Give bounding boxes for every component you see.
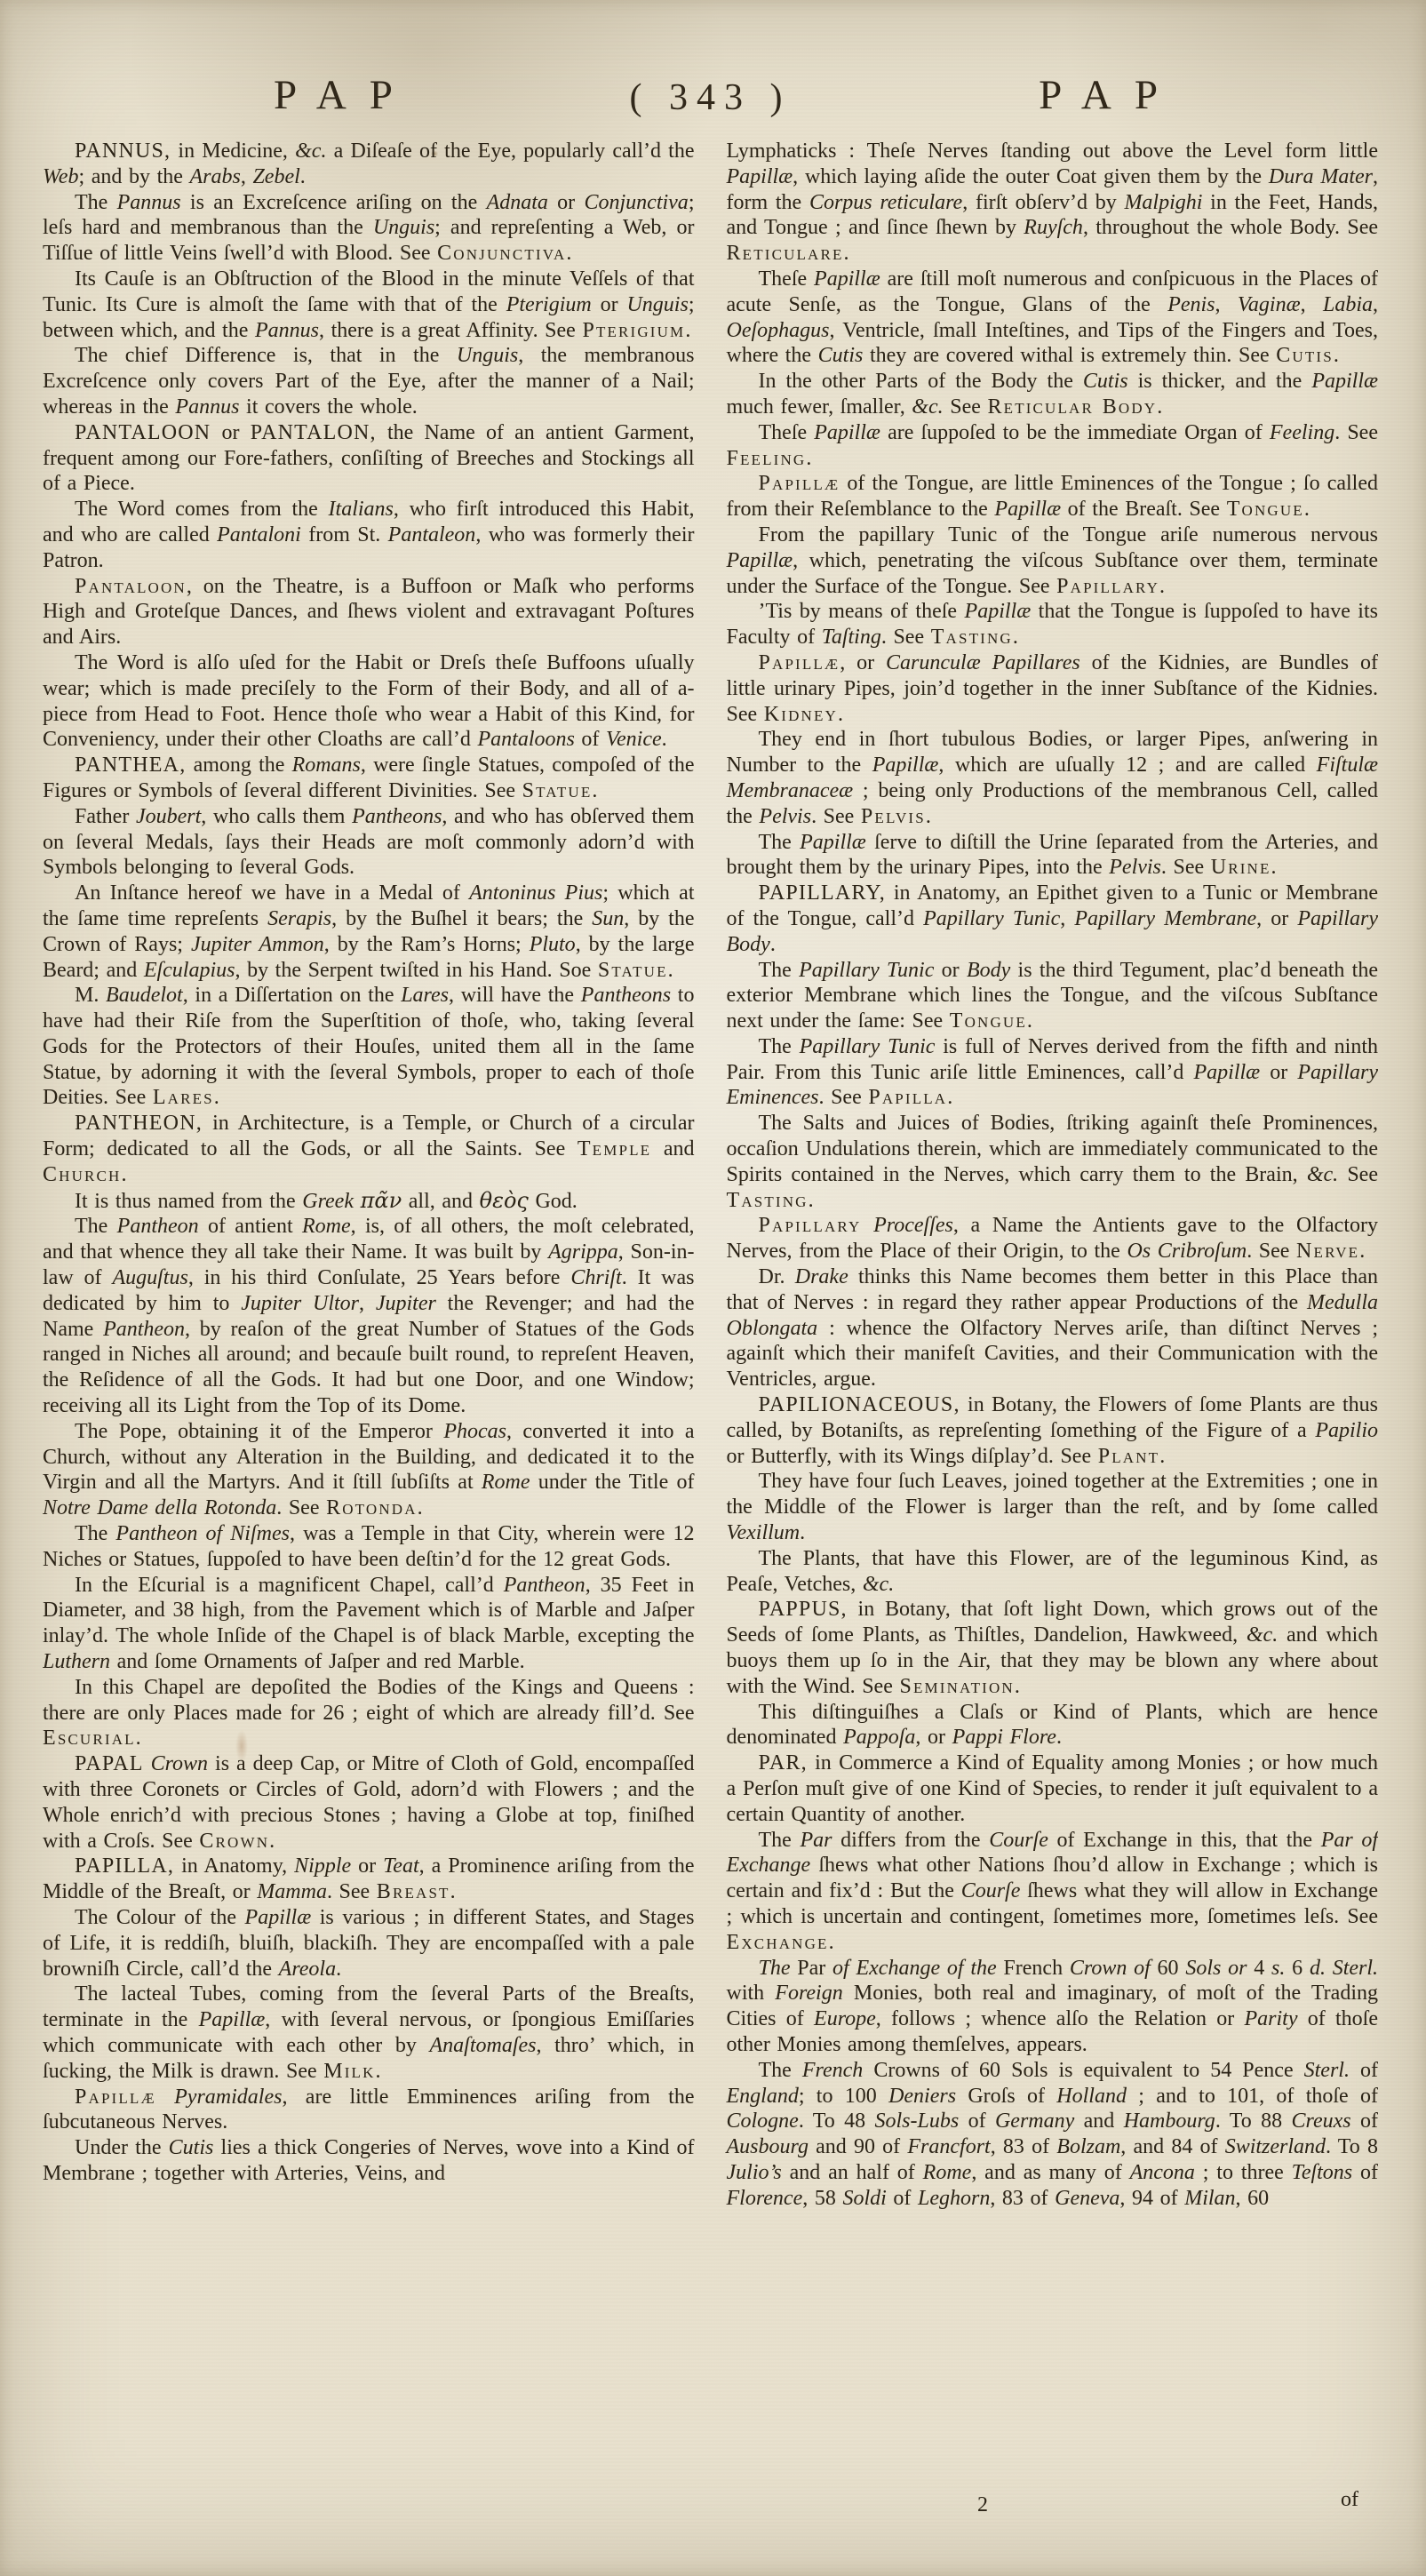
text-run: &c. [863, 1573, 894, 1596]
text-run: Lymphaticks : Theſe Nerves ſtanding out … [727, 140, 1379, 163]
text-run: Rome [302, 1215, 351, 1238]
text-run: In the other Parts of the Body the [759, 370, 1083, 393]
text-run [156, 2086, 174, 2109]
text-run: Pelvis [759, 805, 811, 828]
text-run: Cutis [818, 344, 864, 367]
paragraph: The Pantheon of Niſmes, was a Temple in … [43, 1521, 695, 1573]
text-run: Papillary Membrane [1074, 907, 1256, 930]
paragraph: The Papillæ ſerve to diſtill the Urine ſ… [727, 830, 1379, 881]
text-run: The [759, 831, 801, 854]
text-run: &c. [912, 395, 943, 419]
text-run: Pantheon [103, 1318, 185, 1341]
text-run: Auguſtus [112, 1266, 187, 1289]
paragraph: The Word comes from the Italians, who fi… [43, 497, 695, 573]
text-run: . See [327, 1880, 377, 1903]
text-run: . [376, 2060, 381, 2083]
text-run: Theſe [759, 267, 815, 291]
text-run: PANNUS, [75, 140, 171, 163]
text-run: . [829, 1931, 834, 1954]
text-run: Pelvis [861, 805, 926, 828]
text-run: , [1301, 293, 1323, 316]
text-run: much fewer, ſmaller, [727, 395, 912, 419]
text-run: : whence the Olfactory Nerves ariſe, tha… [727, 1317, 1379, 1392]
text-run: Cutis [169, 2136, 214, 2159]
text-run: Jupiter [376, 1292, 436, 1315]
text-run: Papillæ [759, 472, 840, 495]
paragraph: Under the Cutis lies a thick Congeries o… [43, 2135, 695, 2187]
paragraph: The Salts and Juices of Bodies, ſtriking… [727, 1111, 1379, 1213]
text-run: , will have the [449, 984, 581, 1007]
text-run: . [300, 165, 306, 188]
text-run: Papillæ [814, 421, 880, 444]
paragraph: The Par of Exchange of the French Crown … [727, 1956, 1379, 2058]
text-run: from St. [301, 523, 388, 546]
text-run: . [1159, 1445, 1165, 1468]
text-run: Pannus [117, 191, 181, 214]
text-run: Francfort [907, 2135, 990, 2158]
text-run: Papillæ [1311, 370, 1378, 393]
text-run: , [241, 165, 253, 188]
text-run: An Inſtance hereof we have in a Medal of [75, 881, 469, 905]
text-run: &c. [1247, 1623, 1278, 1647]
text-run: Taſting [822, 626, 881, 649]
text-run: Pappi Flore [952, 1726, 1056, 1749]
text-run: The [75, 191, 117, 214]
text-run: PAPILLA, [75, 1854, 174, 1878]
text-run: Milk [323, 2060, 375, 2083]
text-run: , 60 [1236, 2187, 1270, 2210]
text-run: Father [75, 805, 136, 828]
text-run: . [1015, 1675, 1020, 1698]
text-run: Bolzam [1056, 2135, 1120, 2158]
column-left: PANNUS, in Medicine, &c. a Diſeaſe of th… [43, 139, 695, 2538]
text-run: . [800, 1521, 805, 1544]
text-run: of [887, 2187, 918, 2210]
text-run: , which, penetrating the viſcous Subſtan… [727, 549, 1379, 598]
text-run: Ancona [1130, 2161, 1195, 2184]
text-run: πᾶν [361, 1188, 402, 1213]
text-run: &c. [295, 140, 326, 163]
text-run: or Butterfly, with its Wings diſplay’d. … [727, 1445, 1098, 1468]
text-run: Italians [329, 498, 394, 521]
text-run: Leghorn [918, 2187, 990, 2210]
text-run: and an half of [782, 2161, 923, 2184]
text-run: . [1159, 575, 1165, 598]
text-run: Pantaloni [217, 523, 301, 546]
paragraph: The Papillary Tunic is full of Nerves de… [727, 1034, 1379, 1111]
paragraph: The French Crowns of 60 Sols is equivale… [727, 2058, 1379, 2212]
text-run: The [759, 1829, 801, 1852]
text-run: or [351, 1854, 383, 1878]
text-run: , throughout the whole Body. See [1083, 216, 1378, 239]
paragraph: PAPAL Crown is a deep Cap, or Mitre of C… [43, 1751, 695, 1854]
text-run: , and 84 of [1120, 2135, 1224, 2158]
text-run: The Salts and Juices of Bodies, ſtriking… [727, 1112, 1379, 1186]
text-run: of [1350, 2059, 1378, 2082]
text-run: of [959, 2109, 995, 2133]
text-run: Antoninus Pius [469, 881, 602, 905]
paragraph: The Papillary Tunic or Body is the third… [727, 958, 1379, 1034]
paragraph: PANTHEA, among the Romans, were ſingle S… [43, 753, 695, 804]
paragraph: PANTALOON or PANTALON, the Name of an an… [43, 420, 695, 497]
text-run: Dura Mater [1269, 165, 1373, 188]
text-run: Sols or [1185, 1957, 1247, 1980]
text-run: . [336, 1958, 341, 1981]
text-run: Serapis [267, 907, 331, 930]
text-run: In this Chapel are depoſited the Bodies … [43, 1676, 695, 1725]
text-run: Holland [1056, 2085, 1127, 2108]
text-run: Semination [899, 1675, 1014, 1698]
text-run: . [1304, 498, 1310, 521]
text-run: PANTHEON, [75, 1112, 203, 1135]
paragraph: Pantaloon, on the Theatre, is a Buffoon … [43, 574, 695, 650]
text-run: Pantaloons [477, 728, 574, 751]
text-run: , [1373, 293, 1378, 316]
paragraph: They have four ſuch Leaves, joined toget… [727, 1469, 1379, 1545]
text-run: Deniers [888, 2085, 956, 2108]
text-run: Germany [995, 2109, 1074, 2133]
text-run: Arabs [190, 165, 241, 188]
text-run: . To 8 [1326, 2135, 1378, 2158]
text-run: 6 [1285, 1957, 1310, 1980]
text-run: Crown [199, 1830, 269, 1853]
text-run: Rome [923, 2161, 972, 2184]
text-run: Tongue [950, 1009, 1027, 1033]
paragraph: Theſe Papillæ are ſuppoſed to be the imm… [727, 420, 1379, 472]
paragraph: The chief Difference is, that in the Ung… [43, 343, 695, 419]
text-run: of Exchange of the [832, 1957, 997, 1980]
text-run: PAR, [759, 1751, 808, 1774]
paragraph: They end in ſhort tubulous Bodies, or la… [727, 727, 1379, 829]
text-run: Jupiter Ammon [191, 933, 324, 956]
text-run: θεὸς [480, 1188, 529, 1213]
text-run: ; to 100 [799, 2085, 888, 2108]
text-run: Teat [383, 1854, 418, 1878]
paragraph: The Par differs from the Courſe of Excha… [727, 1828, 1379, 1956]
text-run: Jupiter Ultor [241, 1292, 359, 1315]
text-run: Romans [292, 754, 361, 777]
text-run: , 58 [802, 2187, 842, 2210]
text-run: The [759, 959, 800, 982]
text-run: Soldi [842, 2187, 886, 2210]
text-run: , in a Diſſertation on the [183, 984, 402, 1007]
text-run: Adnata [487, 191, 548, 214]
text-run: Reticulare [727, 242, 844, 265]
text-run: Papilio [1315, 1419, 1378, 1442]
paragraph: It is thus named from the Greek πᾶν all,… [43, 1188, 695, 1215]
text-run: . [1359, 1240, 1365, 1263]
text-run: Papillæ [800, 831, 866, 854]
text-run: Papillæ [872, 754, 939, 777]
text-run: . [1056, 1726, 1062, 1749]
catchword: of [1341, 2488, 1358, 2512]
text-run: Pantheon [504, 1574, 586, 1597]
text-run: s. [1271, 1957, 1285, 1980]
text-run: . [926, 805, 931, 828]
text-run: of [1351, 2109, 1378, 2133]
paragraph: In the Eſcurial is a magnificent Chapel,… [43, 1573, 695, 1675]
text-run: French [997, 1957, 1070, 1980]
text-run: Phocas [443, 1420, 506, 1443]
text-run: . [592, 779, 597, 802]
text-run: . [806, 447, 811, 470]
text-run: . See [276, 1496, 326, 1519]
text-run: Groſs of [956, 2085, 1056, 2108]
text-run [144, 1752, 151, 1775]
text-run: , in his third Conſulate, 25 Years befor… [188, 1266, 571, 1289]
text-run: ; to three [1195, 2161, 1292, 2184]
text-run: . [136, 1727, 141, 1750]
text-run: Vexillum [727, 1521, 801, 1544]
text-run: Theſe [759, 421, 815, 444]
text-run: Chriſt [570, 1266, 621, 1289]
paragraph: Theſe Papillæ are ſtill moſt numerous an… [727, 267, 1379, 369]
text-run: . [418, 1496, 423, 1519]
text-run: or [592, 293, 627, 316]
text-run: Conjunctiva [437, 242, 566, 265]
paragraph: The Pannus is an Excreſcence ariſing on … [43, 190, 695, 267]
text-run: Web [43, 165, 78, 188]
text-run: Statue [598, 959, 668, 982]
text-run: , 94 of [1119, 2187, 1184, 2210]
text-run: Cologne [727, 2109, 799, 2133]
text-run: , or [915, 1726, 952, 1749]
text-run: Parity [1244, 2007, 1297, 2030]
text-run [354, 1190, 361, 1213]
text-run: , 83 of [991, 2135, 1057, 2158]
text-run: Nerve [1296, 1240, 1359, 1263]
text-run: PANTALOON [75, 421, 211, 444]
running-head-left: PAP [274, 71, 416, 119]
text-run: Pannus [175, 395, 239, 419]
text-run: Tasting [931, 626, 1013, 649]
text-run: Pantheons [352, 805, 442, 828]
text-run: . [121, 1163, 126, 1186]
text-run: Pantaleon [388, 523, 476, 546]
text-run: Switzerland [1225, 2135, 1326, 2158]
text-run: . See [811, 805, 861, 828]
text-run: It is thus named from the [75, 1190, 302, 1213]
text-run: Drake [795, 1265, 848, 1288]
page-number: ( 343 ) [630, 76, 792, 119]
text-run: Vaginæ [1238, 293, 1301, 316]
text-run: of Exchange in this, that the [1048, 1829, 1321, 1852]
text-run: Nipple [294, 1854, 351, 1878]
text-run: Papillæ [245, 1906, 312, 1929]
text-run: Areola [279, 1958, 336, 1981]
paragraph: PAR, in Commerce a Kind of Equality amon… [727, 1751, 1379, 1827]
text-run: or [211, 421, 250, 444]
text-run: Breast [377, 1880, 450, 1903]
text-run: PAPPUS, [759, 1598, 848, 1621]
text-run: . [566, 242, 571, 265]
text-run: , by the Serpent twiſted in his Hand. So… [235, 959, 597, 982]
text-run: . [214, 1086, 219, 1109]
text-run: Papilla [868, 1086, 947, 1109]
text-run: Creuxs [1292, 2109, 1351, 2133]
text-run: . [1013, 626, 1018, 649]
text-run: in Medicine, [171, 140, 295, 163]
paragraph: Its Cauſe is an Obſtruction of the Blood… [43, 267, 695, 343]
text-run: , who calls them [201, 805, 352, 828]
text-run: Papillæ [1194, 1061, 1261, 1084]
text-run: Oeſophagus [727, 319, 830, 342]
text-run: d. Sterl. [1310, 1957, 1378, 1980]
text-run: God. [529, 1190, 578, 1213]
text-run: Escurial [43, 1727, 136, 1750]
paragraph: Papillæ Pyramidales, are little Emminenc… [43, 2085, 695, 2136]
text-run: , 83 of [990, 2187, 1055, 2210]
text-run: The [759, 1957, 791, 1980]
text-run: . [662, 728, 667, 751]
paragraph: Lymphaticks : Theſe Nerves ſtanding out … [727, 139, 1379, 267]
text-run: . [947, 1086, 952, 1109]
text-run: ’Tis by means of theſe [759, 600, 965, 623]
text-run: Church [43, 1163, 121, 1186]
text-run: or [548, 191, 585, 214]
text-run: PAPAL [75, 1752, 144, 1775]
text-run: M. [75, 984, 106, 1007]
text-run: Tasting [727, 1189, 809, 1212]
text-run: . [809, 1189, 814, 1212]
text-run: . [1027, 1009, 1032, 1033]
text-run: with [727, 1982, 776, 2005]
text-run: The Word comes from the [75, 498, 329, 521]
text-run: Labia [1323, 293, 1373, 316]
text-run: Pterigium [582, 319, 685, 342]
text-run: They have four ſuch Leaves, joined toget… [727, 1470, 1379, 1519]
text-run: Papillary [759, 1214, 862, 1237]
text-run: Papillary [1056, 575, 1159, 598]
paragraph: PAPILLARY, in Anatomy, an Epithet given … [727, 881, 1379, 957]
text-run: Venice [606, 728, 662, 751]
text-run: Corpus reticulare [809, 191, 962, 214]
text-run: , and as many of [971, 2161, 1129, 2184]
text-run: The Pope, obtaining it of the Emperor [75, 1420, 443, 1443]
text-run: The [759, 2059, 802, 2082]
text-run: Papillæ [965, 600, 1032, 623]
text-run: , follows ; whence alſo the Relation or [876, 2007, 1245, 2030]
text-run: a Diſeaſe of the Eye, popularly call’d t… [326, 140, 694, 163]
text-run: Papillæ [727, 165, 793, 188]
text-run: See [944, 395, 988, 419]
paragraph: PANNUS, in Medicine, &c. a Diſeaſe of th… [43, 139, 695, 190]
text-run: Unguis [626, 293, 688, 316]
paragraph: Papillary Proceſſes, a Name the Antients… [727, 1213, 1379, 1264]
signature-mark: 2 [977, 2493, 988, 2517]
text-run: From the papillary Tunic of the Tongue a… [759, 523, 1379, 546]
text-run: Pantaloon [75, 575, 187, 598]
text-run: Crowns of 60 Sols is equivalent to 54 Pe… [863, 2059, 1303, 2082]
text-run: Pyramidales [174, 2086, 282, 2109]
text-run: Body [967, 959, 1010, 982]
text-run: Feeling [1270, 421, 1334, 444]
text-run: Unguis [457, 344, 518, 367]
text-run: Milan [1184, 2187, 1235, 2210]
text-run: . [450, 1880, 456, 1903]
text-run: Pappoſa [843, 1726, 915, 1749]
text-run: , by the Buſhel it bears; the [331, 907, 592, 930]
text-run: Par [800, 1829, 832, 1852]
text-run: Cutis [1276, 344, 1334, 367]
text-run: . To 88 [1215, 2109, 1292, 2133]
text-run: , firſt obſerv’d by [962, 191, 1124, 214]
text-run: it covers the whole. [239, 395, 417, 419]
text-run: Crown [151, 1752, 208, 1775]
text-run: Crown of [1070, 1957, 1151, 1980]
text-run: Penis [1167, 293, 1215, 316]
text-run: Malpighi [1124, 191, 1202, 214]
text-run: The Colour of the [75, 1906, 245, 1929]
text-run: Papillary Tunic [923, 907, 1060, 930]
text-run: Foreign [775, 1982, 842, 2005]
text-run: , [359, 1292, 376, 1315]
paragraph: The Pantheon of antient Rome, is, of all… [43, 1214, 695, 1418]
text-run: in Anatomy, [174, 1854, 294, 1878]
text-run: Geneva [1055, 2187, 1119, 2210]
text-run: Conjunctiva [584, 191, 688, 214]
text-run: 4 [1247, 1957, 1271, 1980]
text-run: differs from the [832, 1829, 989, 1852]
text-run: Pluto [530, 933, 576, 956]
text-run: . [838, 703, 843, 726]
text-run: and [1074, 2109, 1123, 2133]
text-run: , or [1256, 907, 1297, 930]
text-run: . [1334, 344, 1339, 367]
paragraph: PANTHEON, in Architecture, is a Temple, … [43, 1111, 695, 1187]
text-run: Feeling [727, 447, 807, 470]
text-run: Ausbourg [727, 2135, 809, 2158]
text-run: and 90 of [809, 2135, 907, 2158]
text-run: Pannus [255, 319, 319, 342]
text-run: Urine [1211, 856, 1271, 879]
text-run: Sun [592, 907, 624, 930]
text-run: Lares [401, 984, 449, 1007]
paragraph: Dr. Drake thinks this Name becomes them … [727, 1264, 1379, 1392]
text-run: . See [1334, 421, 1378, 444]
text-run: , there is a great Affinity. See [319, 319, 582, 342]
paragraph: The Colour of the Papillæ is various ; i… [43, 1905, 695, 1982]
text-run: Courſe [961, 1879, 1021, 1902]
text-run: Unguis [373, 216, 434, 239]
text-run: or [934, 959, 967, 982]
text-run: PAPILIONACEOUS, [759, 1393, 960, 1416]
text-run: Os Cribroſum [1127, 1240, 1247, 1263]
text-run: Tongue [1227, 498, 1304, 521]
text-columns: PANNUS, in Medicine, &c. a Diſeaſe of th… [43, 139, 1378, 2538]
text-run: Cutis [1083, 370, 1128, 393]
paragraph: Papillæ of the Tongue, are little Eminen… [727, 471, 1379, 522]
text-run: Eſculapius [144, 959, 235, 982]
text-run: , which are uſually 12 ; and are called [938, 754, 1316, 777]
encyclopedia-page-scan: PAP ( 343 ) PAP PANNUS, in Medicine, &c.… [0, 0, 1426, 2576]
text-run: The Plants, that have this Flower, are o… [727, 1547, 1379, 1596]
running-head-right: PAP [1039, 71, 1181, 119]
text-run: PANTALON, [251, 421, 377, 444]
text-run: or [1260, 1061, 1297, 1084]
text-run: The [75, 1522, 116, 1545]
text-run: . [668, 959, 673, 982]
text-run: Agrippa [548, 1240, 618, 1264]
paragraph: ’Tis by means of theſe Papillæ that the … [727, 599, 1379, 650]
text-run: Papillæ [759, 651, 840, 674]
text-run: they are covered withal is extremely thi… [863, 344, 1276, 367]
text-run: Pantheons [581, 984, 671, 1007]
paragraph: Papillæ, or Carunculæ Papillares of the … [727, 650, 1379, 727]
paragraph: In this Chapel are depoſited the Bodies … [43, 1675, 695, 1751]
text-run: Papillæ [994, 498, 1061, 521]
text-run: Mamma [257, 1880, 327, 1903]
